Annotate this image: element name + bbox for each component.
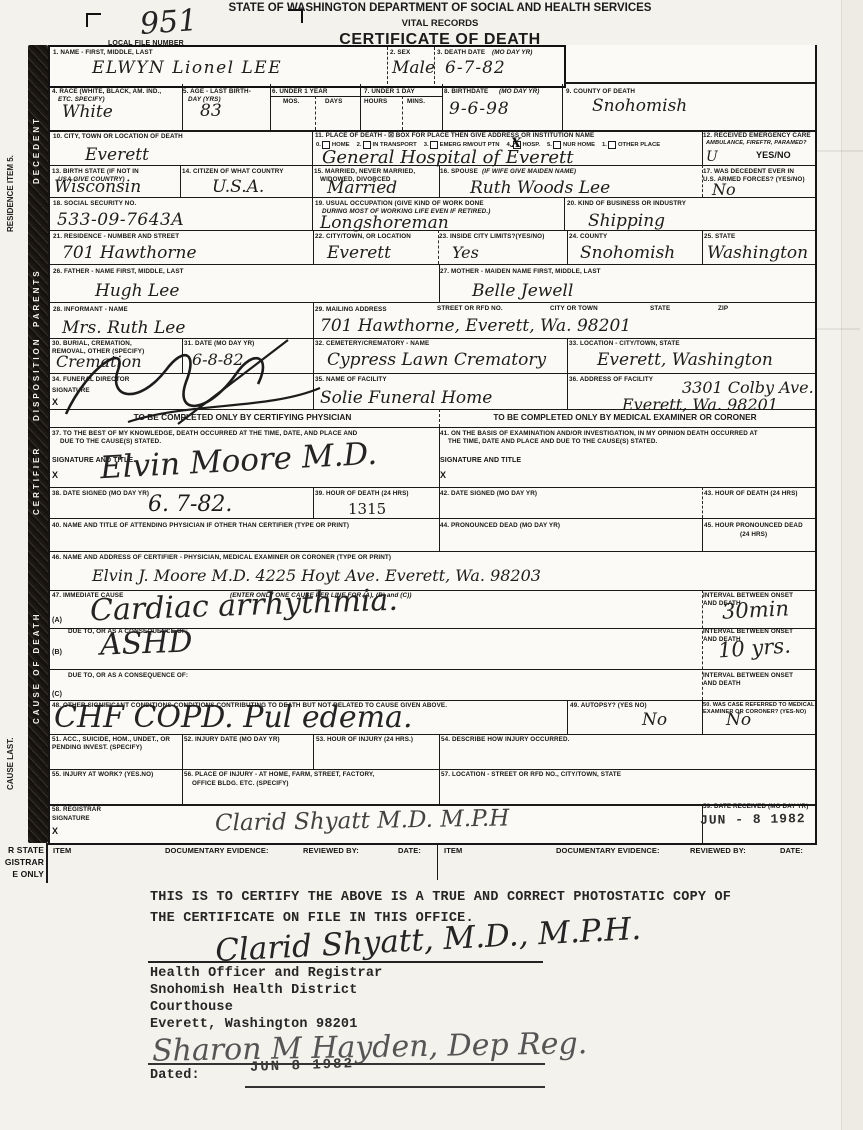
field-44-label: 44. PRONOUNCED DEAD (MO DAY YR) xyxy=(440,522,560,530)
date-received-stamp: JUN - 8 1982 xyxy=(700,811,806,828)
field-32-value: Cypress Lawn Crematory xyxy=(327,350,546,370)
field-16-value: Ruth Woods Lee xyxy=(470,178,610,198)
divider xyxy=(702,230,703,264)
field-29-label: 29. MAILING ADDRESS xyxy=(315,306,387,314)
divider xyxy=(437,843,438,880)
divider xyxy=(182,769,183,804)
gridline xyxy=(50,302,815,303)
field-12-label: 12. RECEIVED EMERGENCY CARE xyxy=(703,132,811,140)
divider xyxy=(567,338,568,373)
field-10-value: Everett xyxy=(85,145,149,165)
field-8-sublabel: (MO DAY YR) xyxy=(499,88,540,96)
divider xyxy=(313,230,314,264)
signature-line xyxy=(148,961,543,963)
field-45-label: 45. HOUR PRONOUNCED DEAD xyxy=(704,522,803,530)
divider xyxy=(46,843,48,883)
field-41-label-line2: THE TIME, DATE AND PLACE AND DUE TO THE … xyxy=(448,438,657,446)
field-50-sublabel: EXAMINER OR CORONER? (YES-NO) xyxy=(703,709,806,716)
interval-label-c2: AND DEATH xyxy=(703,680,741,688)
field-25-value: Washington xyxy=(707,243,808,263)
field-14-label: 14. CITIZEN OF WHAT COUNTRY xyxy=(182,168,284,176)
strip-label-decedent: DECEDENT xyxy=(32,60,41,240)
field-2-value: Male xyxy=(392,58,435,78)
field-9-value: Snohomish xyxy=(592,96,687,116)
field-8-label: 8. BIRTHDATE xyxy=(444,88,488,96)
strip-label-parents: PARENTS xyxy=(32,262,41,334)
field-1-value: ELWYN Lionel LEE xyxy=(92,58,282,78)
strip-label-disposition: DISPOSITION xyxy=(32,336,41,422)
field-27-value: Belle Jewell xyxy=(472,281,573,301)
due-to-label-c: DUE TO, OR AS A CONSEQUENCE OF: xyxy=(68,672,188,680)
field-4-value: White xyxy=(62,102,113,122)
gridline xyxy=(564,82,815,84)
gridline xyxy=(50,669,815,670)
review-by-label-right: REVIEWED BY: xyxy=(690,846,746,856)
divider xyxy=(360,84,361,130)
field-6-label: 6. UNDER 1 YEAR xyxy=(272,88,328,96)
field-14-value: U.S.A. xyxy=(212,177,264,197)
field-55-label: 55. INJURY AT WORK? (YES.NO) xyxy=(52,771,153,779)
divider xyxy=(312,130,313,165)
divider xyxy=(567,373,568,409)
field-59-label: 59. DATE RECEIVED (MO DAY YR) xyxy=(703,803,808,811)
field-5-label: 5. AGE - LAST BIRTH- xyxy=(183,88,251,96)
checkbox-icon xyxy=(608,141,616,149)
field-49-label: 49. AUTOPSY? (YES NO) xyxy=(570,702,647,710)
cause-b-value: ASHD xyxy=(99,624,193,662)
field-57-label: 57. LOCATION - STREET OR RFD NO., CITY/T… xyxy=(441,771,621,779)
field-33-value: Everett, Washington xyxy=(597,350,773,370)
field-37-label-line2: DUE TO THE CAUSE(S) STATED. xyxy=(60,438,161,446)
local-file-number-value: 951 xyxy=(139,3,199,42)
death-certificate-scan: STATE OF WASHINGTON DEPARTMENT OF SOCIAL… xyxy=(0,0,863,1130)
field-36-label: 36. ADDRESS OF FACILITY xyxy=(569,376,653,384)
divider xyxy=(702,487,703,518)
field-41-x-mark: X xyxy=(440,470,446,482)
field-17-label: 17. WAS DECEDENT EVER IN xyxy=(703,168,794,176)
dated-line xyxy=(245,1086,545,1088)
field-11-label: 11. PLACE OF DEATH - ☒ BOX FOR PLACE THE… xyxy=(315,132,594,140)
interval-a-value: 30min xyxy=(721,596,789,623)
corner-mark-left xyxy=(86,13,101,27)
field-16-label: 16. SPOUSE xyxy=(440,168,478,176)
divider xyxy=(439,734,440,769)
review-date-label-left: DATE: xyxy=(398,846,421,856)
divider xyxy=(387,47,388,84)
field-4-label: 4. RACE (WHITE, BLACK, AM. IND., xyxy=(52,88,161,96)
field-17-value: No xyxy=(712,180,736,199)
field-46-label: 46. NAME AND ADDRESS OF CERTIFIER - PHYS… xyxy=(52,554,391,562)
field-7-label: 7. UNDER 1 DAY xyxy=(364,88,415,96)
field-42-label: 42. DATE SIGNED (MO DAY YR) xyxy=(440,490,537,498)
field-20-value: Shipping xyxy=(588,211,665,231)
field-47-a-tag: (A) xyxy=(52,616,62,625)
field-8-value: 9-6-98 xyxy=(449,99,510,119)
vital-records-title: VITAL RECORDS xyxy=(300,18,580,29)
review-doc-label-right: DOCUMENTARY EVIDENCE: xyxy=(556,846,660,856)
field-5-value: 83 xyxy=(200,101,222,121)
strip-label-certifier: CERTIFIER xyxy=(32,430,41,530)
field-3-sublabel: (MO DAY YR) xyxy=(492,49,533,57)
registrar-use-line2: GISTRAR xyxy=(0,857,44,868)
field-38-label: 38. DATE SIGNED (MO DAY YR) xyxy=(52,490,149,498)
field-29-zip-label: ZIP xyxy=(718,305,728,313)
field-58-label: 58. REGISTRAR xyxy=(52,806,101,814)
field-43-label: 43. HOUR OF DEATH (24 HRS) xyxy=(704,490,798,498)
review-doc-label-left: DOCUMENTARY EVIDENCE: xyxy=(165,846,269,856)
divider xyxy=(442,84,443,130)
field-38-value: 6. 7-82. xyxy=(148,492,232,517)
registrar-use-line3: E ONLY xyxy=(0,869,44,880)
field-11-value: General Hospital of Everett xyxy=(322,147,574,168)
divider xyxy=(270,84,271,130)
field-7-mins-label: MINS. xyxy=(407,98,425,106)
field-21-label: 21. RESIDENCE - NUMBER AND STREET xyxy=(53,233,179,241)
certify-statement-line1: THIS IS TO CERTIFY THE ABOVE IS A TRUE A… xyxy=(150,888,731,909)
field-49-value: No xyxy=(642,710,667,730)
field-26-label: 26. FATHER - NAME FIRST, MIDDLE, LAST xyxy=(53,268,184,276)
gridline xyxy=(50,264,815,265)
field-29-city-label: CITY OR TOWN xyxy=(550,305,598,313)
field-39-value: 1315 xyxy=(348,500,386,518)
divider xyxy=(567,230,568,264)
divider xyxy=(313,734,314,769)
strip-label-cause-of-death: CAUSE OF DEATH xyxy=(32,588,41,748)
registrar-signature: Clarid Shyatt M.D. M.P.H xyxy=(215,805,510,836)
field-39-label: 39. HOUR OF DEATH (24 HRS) xyxy=(315,490,409,498)
review-date-label-right: DATE: xyxy=(780,846,803,856)
field-29-street-label: STREET OR RFD NO. xyxy=(437,305,503,313)
field-12-value: U xyxy=(706,149,718,165)
field-21-value: 701 Hawthorne xyxy=(62,243,197,263)
field-54-label: 54. DESCRIBE HOW INJURY OCCURRED. xyxy=(441,736,570,744)
field-7-hours-label: HOURS xyxy=(364,98,387,106)
divider xyxy=(402,96,403,130)
field-53-label: 53. HOUR OF INJURY (24 HRS.) xyxy=(316,736,413,744)
field-24-value: Snohomish xyxy=(580,243,675,263)
dept-title: STATE OF WASHINGTON DEPARTMENT OF SOCIAL… xyxy=(200,2,680,14)
field-56-sublabel: OFFICE BLDG. ETC. (SPECIFY) xyxy=(192,780,289,788)
scan-torn-edge xyxy=(841,0,863,1130)
gridline xyxy=(50,197,815,198)
field-33-label: 33. LOCATION - CITY/TOWN, STATE xyxy=(569,340,680,348)
field-20-label: 20. KIND OF BUSINESS OR INDUSTRY xyxy=(567,200,686,208)
field-25-label: 25. STATE xyxy=(704,233,735,241)
section-physician-header: TO BE COMPLETED ONLY BY CERTIFYING PHYSI… xyxy=(48,412,437,422)
field-24-label: 24. COUNTY xyxy=(569,233,607,241)
field-22-value: Everett xyxy=(327,243,391,263)
field-35-label: 35. NAME OF FACILITY xyxy=(315,376,387,384)
dated-stamp: JUN 8 1982 xyxy=(250,1056,355,1076)
field-52-label: 52. INJURY DATE (MO DAY YR) xyxy=(184,736,280,744)
field-51-sublabel: PENDING INVEST. (SPECIFY) xyxy=(52,744,142,752)
field-47-c-tag: (C) xyxy=(52,690,62,699)
review-by-label-left: REVIEWED BY: xyxy=(303,846,359,856)
field-45-sublabel: (24 HRS) xyxy=(740,531,767,539)
field-37-x-mark: X xyxy=(52,470,58,482)
registrar-use-line1: R STATE xyxy=(0,845,44,856)
divider xyxy=(439,769,440,804)
field-15-value: Married xyxy=(327,178,397,198)
field-13-label: 13. BIRTH STATE (IF NOT IN xyxy=(52,168,139,176)
divider xyxy=(564,197,565,230)
field-3-label: 3. DEATH DATE xyxy=(437,49,485,57)
field-56-label: 56. PLACE OF INJURY - AT HOME, FARM, STR… xyxy=(184,771,374,779)
divider xyxy=(182,734,183,769)
field-16-sublabel: (IF WIFE GIVE MAIDEN NAME) xyxy=(482,168,576,176)
field-35-value: Solie Funeral Home xyxy=(320,388,492,408)
field-58-signature-label: SIGNATURE xyxy=(52,815,90,823)
field-48-value: CHF COPD. Pul edema. xyxy=(54,700,412,735)
divider xyxy=(562,84,563,130)
field-19-value: Longshoreman xyxy=(320,213,449,233)
field-6-days-label: DAYS xyxy=(325,98,342,106)
gridline xyxy=(50,769,815,770)
interval-b-value: 10 yrs. xyxy=(717,633,791,662)
field-10-label: 10. CITY, TOWN OR LOCATION OF DEATH xyxy=(53,133,183,141)
margin-label-residence-item: RESIDENCE ITEM 5. xyxy=(6,155,15,232)
field-27-label: 27. MOTHER - MAIDEN NAME FIRST, MIDDLE, … xyxy=(440,268,601,276)
field-28-label: 28. INFORMANT - NAME xyxy=(53,306,128,314)
field-3-value: 6-7-82 xyxy=(445,58,506,78)
divider xyxy=(702,518,703,551)
divider xyxy=(313,302,314,338)
field-29-state-label: STATE xyxy=(650,305,670,313)
interval-label-c1: INTERVAL BETWEEN ONSET xyxy=(703,672,793,680)
field-1-label: 1. NAME - FIRST, MIDDLE, LAST xyxy=(53,49,153,57)
field-13-value: Wisconsin xyxy=(54,177,141,197)
field-51-label: 51. ACC., SUICIDE, HOM., UNDET., OR xyxy=(52,736,170,744)
divider xyxy=(315,96,316,130)
divider xyxy=(180,165,181,197)
gridline xyxy=(270,96,442,97)
field-26-value: Hugh Lee xyxy=(95,281,179,301)
checkbox-other-place: 1.OTHER PLACE xyxy=(602,141,660,149)
divider xyxy=(312,165,313,197)
field-19-label: 19. USUAL OCCUPATION (GIVE KIND OF WORK … xyxy=(315,200,484,208)
field-18-value: 533-09-7643A xyxy=(57,210,184,230)
field-46-value: Elvin J. Moore M.D. 4225 Hoyt Ave. Evere… xyxy=(92,566,541,585)
section-coroner-header: TO BE COMPLETED ONLY BY MEDICAL EXAMINER… xyxy=(437,412,813,422)
field-37-label-line1: 37. TO THE BEST OF MY KNOWLEDGE, DEATH O… xyxy=(52,430,357,438)
field-9-label: 9. COUNTY OF DEATH xyxy=(566,88,635,96)
field-41-label-line1: 41. ON THE BASIS OF EXAMINATION AND/OR I… xyxy=(440,430,758,438)
review-item-label-right: ITEM xyxy=(444,846,462,856)
divider xyxy=(313,487,314,518)
field-29-value: 701 Hawthorne, Everett, Wa. 98201 xyxy=(320,316,631,336)
divider xyxy=(567,700,568,734)
gridline xyxy=(50,518,815,519)
gridline xyxy=(50,804,815,806)
review-item-label-left: ITEM xyxy=(53,846,71,856)
field-23-value: Yes xyxy=(452,243,479,262)
field-2-label: 2. SEX xyxy=(390,49,410,57)
gridline xyxy=(50,551,815,552)
field-47-b-tag: (B) xyxy=(52,648,62,657)
field-12-sublabel: AMBULANCE, FIREFTR, PARAMED? xyxy=(706,140,807,147)
corner-mark-right xyxy=(288,9,303,23)
field-50-value: No xyxy=(726,710,751,730)
gridline xyxy=(50,487,815,488)
field-28-value: Mrs. Ruth Lee xyxy=(62,318,185,338)
dated-label: Dated: xyxy=(150,1066,200,1087)
field-6-mos-label: MOS. xyxy=(283,98,300,106)
field-58-x-mark: X xyxy=(52,826,58,838)
margin-label-cause-last: CAUSE LAST. xyxy=(6,738,15,790)
divider xyxy=(312,197,313,230)
field-12-yesno: YES/NO xyxy=(756,150,791,162)
field-23-label: 23. INSIDE CITY LIMITS?(YES/NO) xyxy=(439,233,544,241)
field-22-label: 22. CITY/TOWN, OR LOCATION xyxy=(315,233,411,241)
field-18-label: 18. SOCIAL SECURITY NO. xyxy=(53,200,136,208)
field-41-signature-label: SIGNATURE AND TITLE xyxy=(440,456,521,465)
field-15-label: 15. MARRIED, NEVER MARRIED, xyxy=(314,168,415,176)
field-40-label: 40. NAME AND TITLE OF ATTENDING PHYSICIA… xyxy=(52,522,349,530)
